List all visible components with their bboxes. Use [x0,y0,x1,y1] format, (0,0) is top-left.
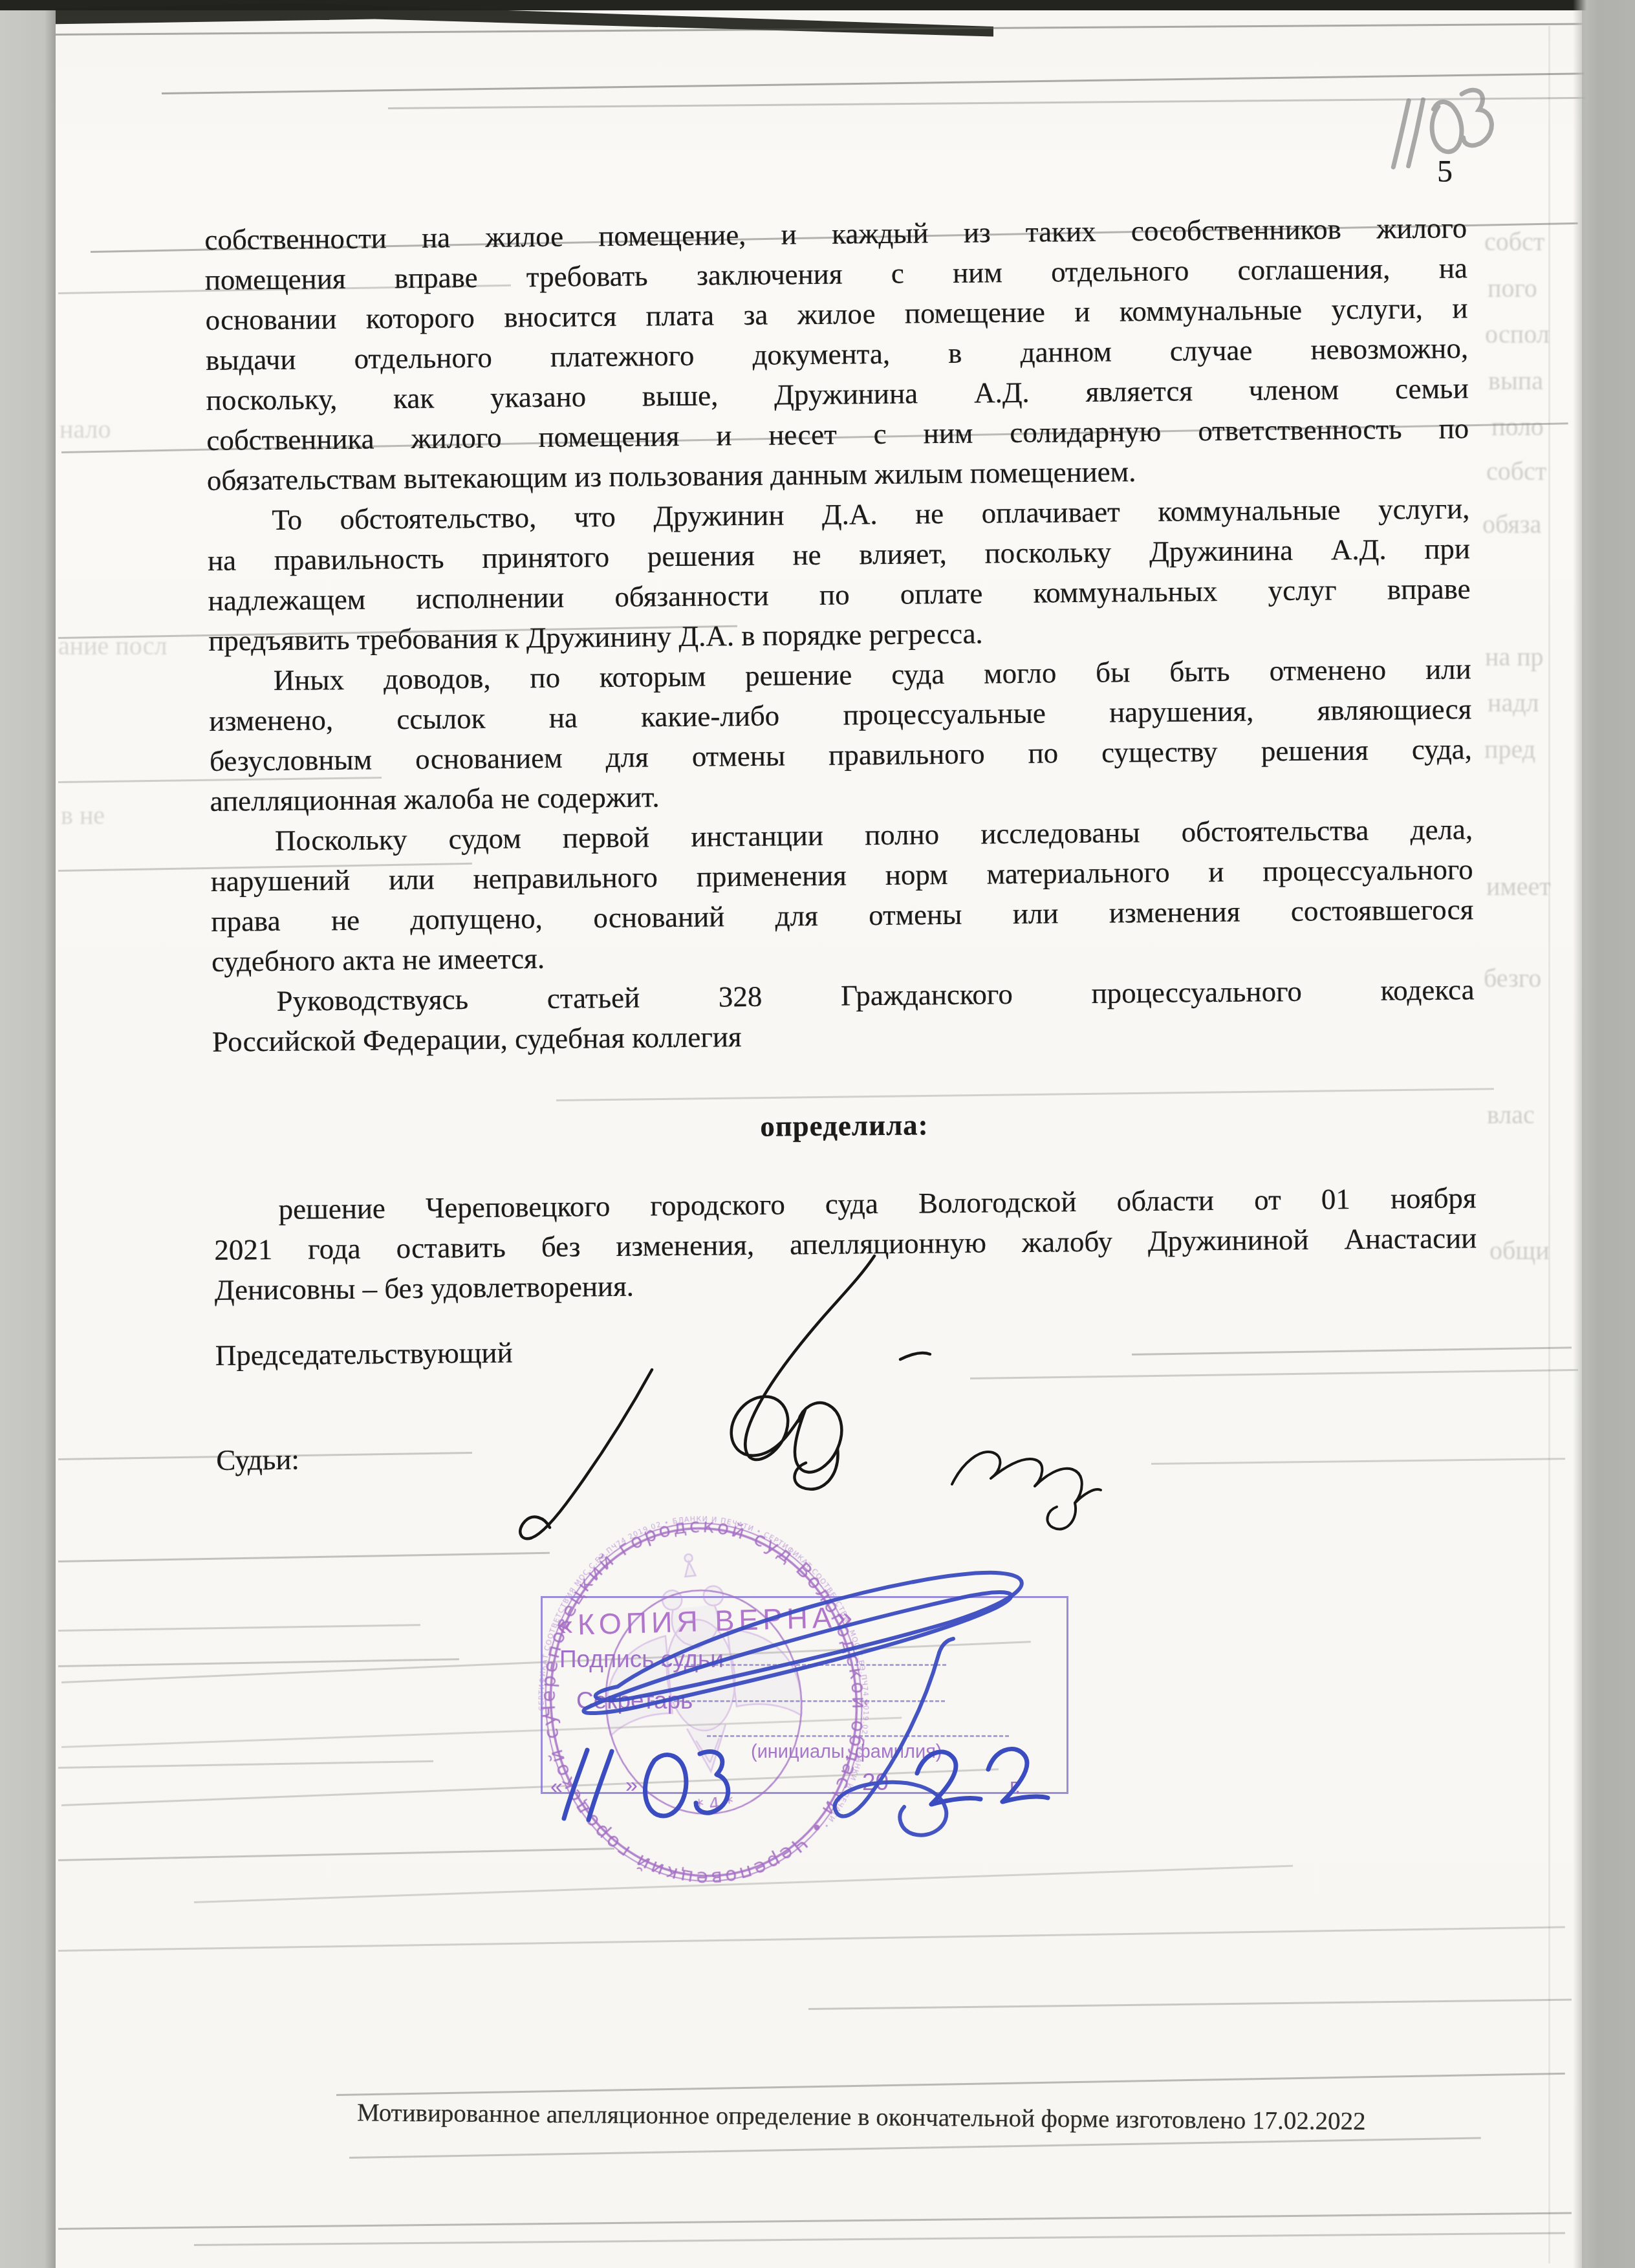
date-quote-close: » [625,1773,638,1798]
scanned-court-document-page: собст пого оспол выпа поло собст обяза н… [0,0,1635,2268]
bleedthrough-text: на пр [1485,642,1544,672]
initials-hint: (инициалы, фамилия) [751,1742,942,1763]
bleedthrough-text: собст [1486,456,1546,486]
page-number: 5 [1437,154,1453,189]
signature-line [707,1735,1009,1737]
year-suffix: г. [1010,1774,1021,1798]
year-prefix: 20 [862,1769,889,1796]
scanner-margin-left [0,0,56,2268]
bleedthrough-text: имеет [1486,871,1551,902]
bleedthrough-text: выпа [1488,365,1543,396]
signature-line [662,1664,946,1666]
date-quote-open: « [550,1774,563,1799]
scanner-margin-right [1573,0,1635,2268]
bleedthrough-text: ание посл [58,631,167,661]
copy-correct-text: «КОПИЯ ВЕРНА» [556,1601,857,1643]
document-body: собственности на жилое помещение, и кажд… [204,208,1479,1480]
copy-certification-stamp: «КОПИЯ ВЕРНА» Подпись судьи Секретарь (и… [541,1596,1068,1794]
ruling-word: определила: [213,1099,1476,1152]
bleedthrough-text: пого [1488,273,1537,303]
bleedthrough-text: влас [1487,1099,1535,1130]
presiding-judge-label: Председательствующий [215,1323,1478,1376]
bleedthrough-text: общи [1489,1235,1550,1266]
bleedthrough-text: в не [61,800,105,830]
bleedthrough-text: безго [1484,963,1541,993]
bleedthrough-text: пред [1484,734,1535,764]
signature-line [651,1700,945,1702]
bleedthrough-text: поло [1491,411,1544,442]
bleedthrough-text: оспол [1485,319,1550,349]
bleedthrough-text: обяза [1482,509,1541,539]
bleedthrough-text: собст [1484,226,1544,257]
bleedthrough-text: надл [1488,687,1539,718]
bleedthrough-text: нало [60,414,111,444]
judge-signature-label: Подпись судьи [559,1646,724,1673]
